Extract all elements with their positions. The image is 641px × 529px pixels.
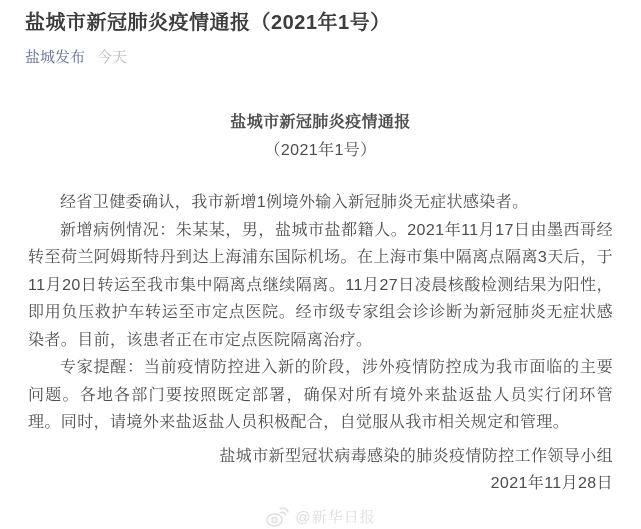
signature-date: 2021年11月28日 (28, 470, 613, 498)
notice-document: 盐城市新冠肺炎疫情通报 （2021年1号） 经省卫健委确认，我市新增1例境外输入… (28, 109, 613, 498)
account-name-link[interactable]: 盐城发布 (25, 49, 85, 66)
notice-heading: 盐城市新冠肺炎疫情通报 （2021年1号） (28, 109, 613, 164)
notice-paragraph-confirmation: 经省卫健委确认，我市新增1例境外输入新冠肺炎无症状感染者。 (28, 189, 613, 217)
notice-paragraph-case-details: 新增病例情况：朱某某，男，盐城市盐都籍人。2021年11月17日由墨西哥经转至荷… (28, 217, 613, 355)
weibo-watermark: @新华日报 (0, 505, 641, 529)
weibo-logo-icon (265, 506, 289, 528)
notice-number: （2021年1号） (28, 137, 613, 165)
notice-paragraph-expert-reminder: 专家提醒：当前疫情防控进入新的阶段，涉外疫情防控成为我市面临的主要问题。各地各部… (28, 354, 613, 437)
publish-time: 今天 (97, 49, 127, 66)
watermark-text: @新华日报 (295, 506, 375, 527)
signature-organization: 盐城市新型冠状病毒感染的肺炎疫情防控工作领导小组 (28, 443, 613, 471)
notice-title: 盐城市新冠肺炎疫情通报 (28, 109, 613, 137)
article-meta: 盐城发布今天 (25, 48, 616, 68)
article-title: 盐城市新冠肺炎疫情通报（2021年1号） (25, 0, 616, 38)
article-page: 盐城市新冠肺炎疫情通报（2021年1号） 盐城发布今天 盐城市新冠肺炎疫情通报 … (0, 0, 641, 529)
notice-signature-block: 盐城市新型冠状病毒感染的肺炎疫情防控工作领导小组 2021年11月28日 (28, 443, 613, 498)
notice-body: 经省卫健委确认，我市新增1例境外输入新冠肺炎无症状感染者。 新增病例情况：朱某某… (28, 189, 613, 437)
